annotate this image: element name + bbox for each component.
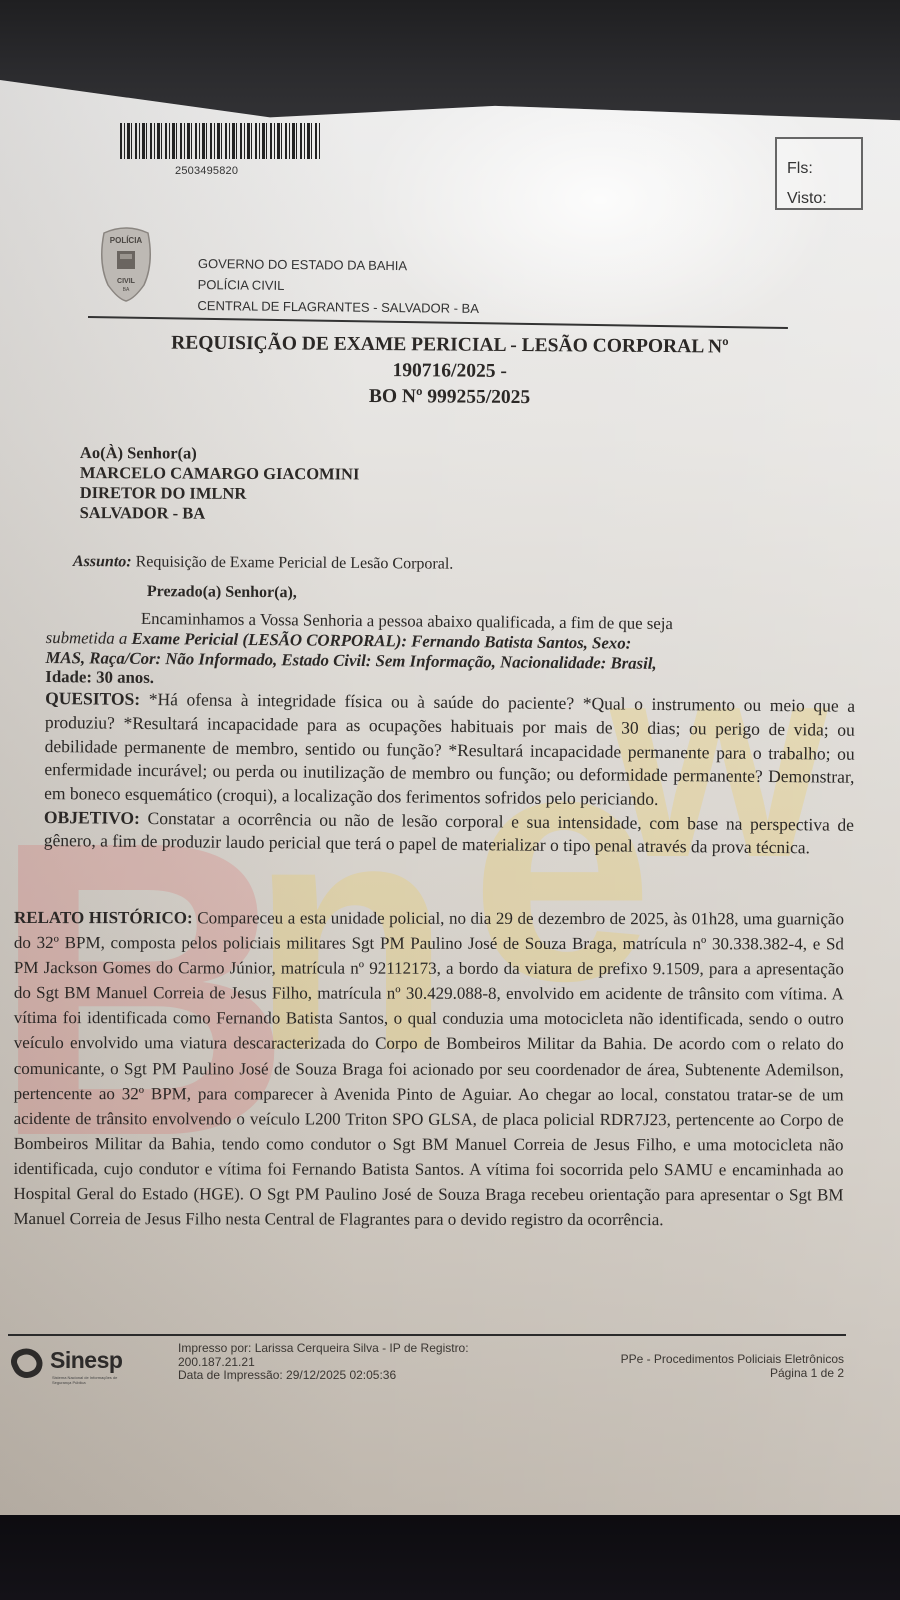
printed-by: Impresso por: Larissa Cerqueira Silva - … bbox=[178, 1342, 469, 1356]
print-date: Data de Impressão: 29/12/2025 02:05:36 bbox=[178, 1369, 469, 1383]
title-line-bo: BO Nº 999255/2025 bbox=[89, 382, 809, 413]
quesitos-text: *Há ofensa à integridade física ou à saú… bbox=[44, 689, 855, 809]
svg-text:BA: BA bbox=[123, 287, 130, 293]
document-title: REQUISIÇÃO DE EXAME PERICIAL - LESÃO COR… bbox=[89, 330, 810, 413]
visto-label: Visto: bbox=[787, 184, 861, 214]
recipient-block: Ao(À) Senhor(a) MARCELO CAMARGO GIACOMIN… bbox=[80, 443, 360, 524]
recipient-city: SALVADOR - BA bbox=[80, 503, 360, 524]
objetivo-label: OBJETIVO: bbox=[44, 807, 140, 828]
greeting: Prezado(a) Senhor(a), bbox=[147, 583, 297, 602]
registration-ip: 200.187.21.21 bbox=[178, 1356, 469, 1370]
title-line-1: REQUISIÇÃO DE EXAME PERICIAL - LESÃO COR… bbox=[90, 330, 810, 361]
svg-text:CIVIL: CIVIL bbox=[117, 278, 136, 285]
quesitos-paragraph: QUESITOS: *Há ofensa à integridade físic… bbox=[44, 687, 855, 813]
sinesp-wordmark: Sinesp bbox=[50, 1347, 122, 1374]
subject-line: Assunto: Requisição de Exame Pericial de… bbox=[73, 553, 453, 574]
system-name: PPe - Procedimentos Policiais Eletrônico… bbox=[560, 1352, 844, 1366]
subject-text: Requisição de Exame Pericial de Lesão Co… bbox=[132, 553, 454, 572]
folio-stamp-box: Fls: Visto: bbox=[775, 137, 863, 210]
barcode bbox=[120, 123, 320, 159]
quesitos-label: QUESITOS: bbox=[45, 688, 140, 709]
recipient-role: DIRETOR DO IMLNR bbox=[80, 483, 360, 504]
recipient-name: MARCELO CAMARGO GIACOMINI bbox=[80, 463, 360, 484]
sinesp-mark-icon bbox=[7, 1343, 47, 1383]
background-surface-bottom bbox=[0, 1515, 900, 1600]
request-body: Encaminhamos a Vossa Senhoria a pessoa a… bbox=[44, 608, 856, 861]
objetivo-paragraph: OBJETIVO: Constatar a ocorrência ou não … bbox=[44, 806, 854, 861]
agency-line-unit: CENTRAL DE FLAGRANTES - SALVADOR - BA bbox=[197, 295, 479, 319]
sinesp-tagline: Sistema Nacional de Informações de Segur… bbox=[52, 1375, 122, 1385]
relato-historico-paragraph: RELATO HISTÓRICO: Compareceu a esta unid… bbox=[13, 905, 844, 1233]
agency-line-police: POLÍCIA CIVIL bbox=[198, 274, 480, 298]
relato-text: Compareceu a esta unidade policial, no d… bbox=[13, 908, 844, 1229]
agency-line-government: GOVERNO DO ESTADO DA BAHIA bbox=[198, 253, 480, 277]
intro-submetida: submetida a bbox=[46, 628, 132, 648]
subject-label: Assunto: bbox=[73, 553, 132, 570]
system-info: PPe - Procedimentos Policiais Eletrônico… bbox=[560, 1352, 844, 1380]
barcode-number: 2503495820 bbox=[175, 165, 238, 177]
print-info: Impresso por: Larissa Cerqueira Silva - … bbox=[178, 1342, 469, 1383]
recipient-salutation: Ao(À) Senhor(a) bbox=[80, 443, 360, 464]
sinesp-logo: Sinesp Sistema Nacional de Informações d… bbox=[10, 1345, 145, 1385]
fls-label: Fls: bbox=[787, 154, 861, 184]
page-number: Página 1 de 2 bbox=[560, 1366, 844, 1380]
objetivo-text: Constatar a ocorrência ou não de lesão c… bbox=[44, 808, 854, 858]
document-page: B n e w 2503495820 Fls: Visto: POLÍCIA C… bbox=[0, 80, 900, 1516]
relato-label: RELATO HISTÓRICO: bbox=[14, 908, 193, 927]
svg-text:POLÍCIA: POLÍCIA bbox=[110, 236, 143, 245]
agency-header: GOVERNO DO ESTADO DA BAHIA POLÍCIA CIVIL… bbox=[197, 253, 479, 319]
footer-divider bbox=[8, 1334, 846, 1336]
policia-civil-badge-icon: POLÍCIA CIVIL BA bbox=[96, 223, 156, 303]
